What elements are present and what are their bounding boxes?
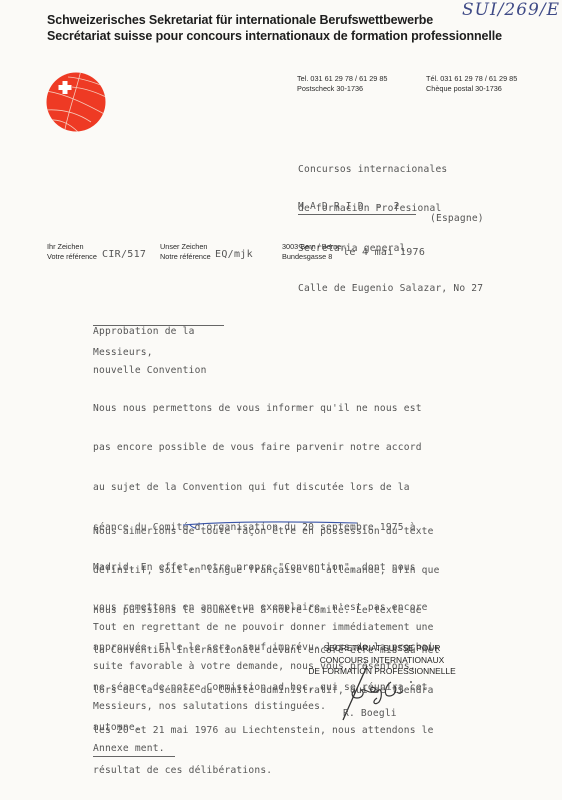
swiss-cross-globe-icon bbox=[46, 72, 106, 132]
text-line: Nous nous permettons de vous informer qu… bbox=[93, 402, 440, 415]
your-reference-value: CIR/517 bbox=[102, 249, 146, 260]
your-reference-label-de: Ihr Zeichen bbox=[47, 242, 97, 252]
contact-de: Tel. 031 61 29 78 / 61 29 85 Postscheck … bbox=[297, 74, 387, 94]
your-reference-labels: Ihr Zeichen Votre référence bbox=[47, 242, 97, 262]
our-reference-value: EQ/mjk bbox=[215, 249, 253, 260]
enclosure-underline bbox=[93, 756, 175, 757]
pen-underline-mark bbox=[180, 519, 360, 529]
enclosure-note: Annexe ment. bbox=[93, 742, 165, 755]
contact-fr: Tél. 031 61 29 78 / 61 29 85 Chèque post… bbox=[426, 74, 517, 94]
letter-date: le 4 mai 1976 bbox=[343, 247, 425, 258]
subject-underline bbox=[93, 325, 224, 326]
sender-address: 3003 Bern / Berne, Bundesgasse 8 bbox=[282, 242, 343, 262]
stamp-line: SECRETARIAT SUISSE POUR bbox=[282, 643, 482, 655]
text-line: Tout en regrettant de ne pouvoir donner … bbox=[93, 621, 434, 634]
your-reference-label-fr: Votre référence bbox=[47, 252, 97, 262]
postal-account-de: Postscheck 30-1736 bbox=[297, 84, 387, 94]
text-line: définitif, soit en langue française ou a… bbox=[93, 564, 440, 577]
recipient-line: Calle de Eugenio Salazar, No 27 bbox=[298, 282, 483, 295]
salutation: Messieurs, bbox=[93, 346, 153, 359]
subject-line: Approbation de la bbox=[93, 325, 207, 338]
recipient-line: Concursos internacionales bbox=[298, 163, 483, 176]
text-line: pas encore possible de vous faire parven… bbox=[93, 441, 440, 454]
our-reference-labels: Unser Zeichen Notre référence bbox=[160, 242, 211, 262]
phone-de: Tel. 031 61 29 78 / 61 29 85 bbox=[297, 74, 387, 84]
sender-address-line: 3003 Bern / Berne, bbox=[282, 242, 343, 252]
letterhead-title-de: Schweizerisches Sekretariat für internat… bbox=[47, 13, 433, 27]
our-reference-label-de: Unser Zeichen bbox=[160, 242, 211, 252]
letterhead-title-fr: Secrétariat suisse pour concours interna… bbox=[47, 29, 502, 43]
text-line: résultat de ces délibérations. bbox=[93, 764, 440, 777]
signer-name: R. Boegli bbox=[343, 707, 397, 720]
our-reference-label-fr: Notre référence bbox=[160, 252, 211, 262]
handwritten-reference: SUI/269/E bbox=[462, 0, 560, 20]
city-underline bbox=[298, 214, 416, 215]
postal-account-fr: Chèque postal 30-1736 bbox=[426, 84, 517, 94]
recipient-country: (Espagne) bbox=[430, 212, 484, 225]
phone-fr: Tél. 031 61 29 78 / 61 29 85 bbox=[426, 74, 517, 84]
text-line: au sujet de la Convention qui fut discut… bbox=[93, 481, 440, 494]
recipient-city: M A D R I D - 2 bbox=[298, 200, 400, 213]
sender-address-line: Bundesgasse 8 bbox=[282, 252, 343, 262]
